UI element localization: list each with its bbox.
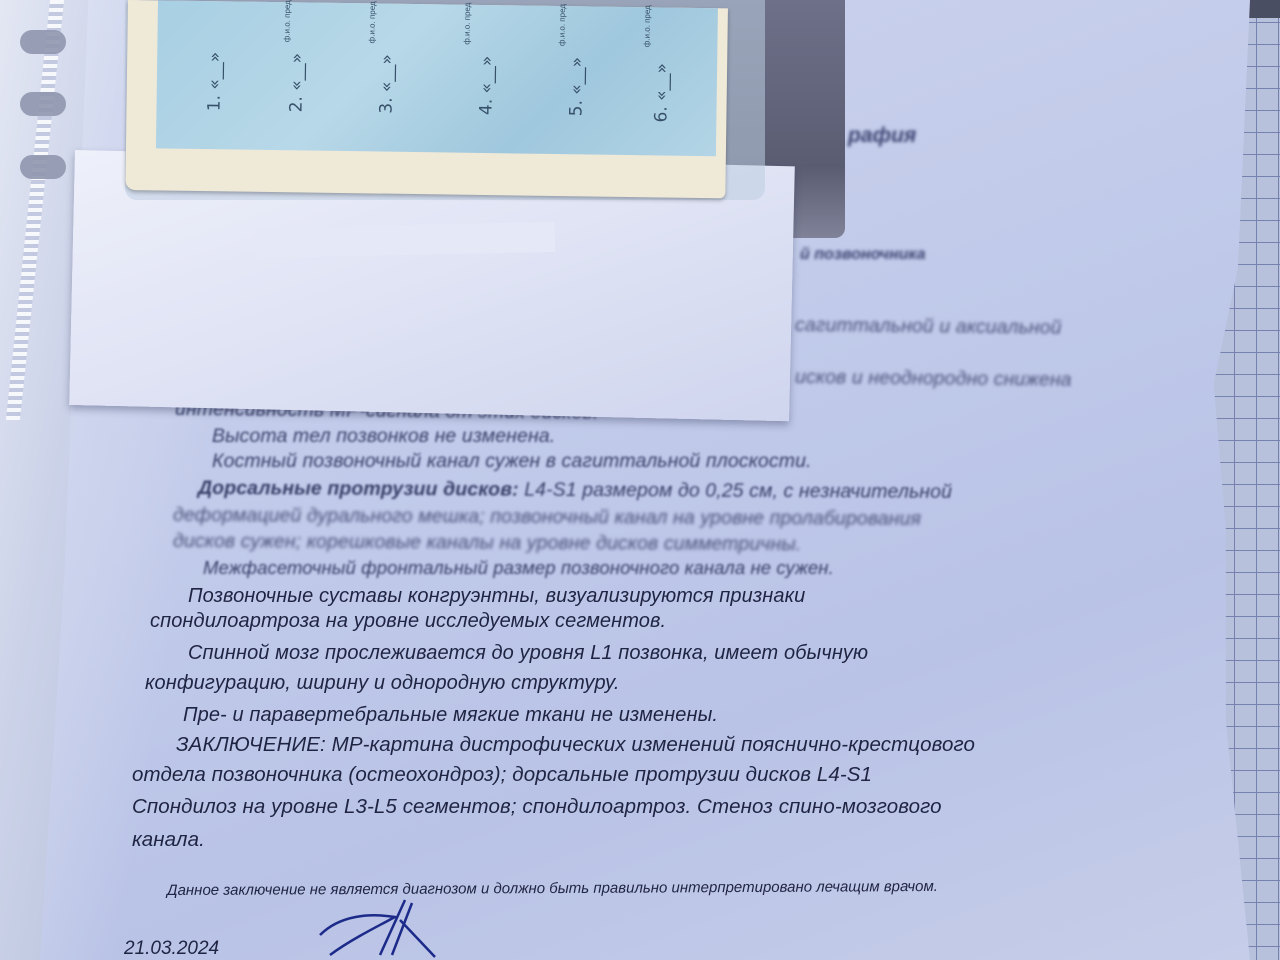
report-line: Костный позвоночный канал сужен в сагитт… [212, 450, 812, 473]
report-title-fragment: рафия [848, 124, 916, 148]
report-line-protrusions: Дорсальные протрузии дисков: L4-S1 разме… [198, 477, 952, 504]
form-caption: ф.и.о. пред [367, 1, 377, 43]
protrusions-label: Дорсальные протрузии дисков: [198, 477, 519, 501]
booklet-page: 1. «__» 2. «__» 3. «__» 4. «__» 5. «__» … [156, 0, 718, 156]
report-subtitle-fragment: й позвоночника [800, 246, 926, 264]
signature-icon [310, 895, 440, 960]
form-entry: 2. «__» [286, 53, 307, 113]
report-line: спондилоартроза на уровне исследуемых се… [150, 610, 666, 633]
report-line: дисков сужен; корешковые каналы на уровн… [173, 530, 801, 556]
form-entry: 3. «__» [376, 54, 397, 114]
conclusion-line: ЗАКЛЮЧЕНИЕ: МР-картина дистрофических из… [176, 733, 975, 757]
form-caption: ф.и.о. пред [462, 3, 472, 45]
report-line: деформацией дурального мешка; позвоночны… [173, 504, 921, 531]
occluded-line: сагиттальной и аксиальной [795, 314, 1062, 340]
report-line: Спинной мозг прослеживается до уровня L1… [188, 642, 868, 665]
report-date: 21.03.2024 [124, 938, 219, 960]
occluded-line: исков и неоднородно снижена [795, 366, 1072, 392]
form-caption: ф.и.о. пред [557, 4, 567, 46]
report-line: Высота тел позвонков не изменена. [212, 425, 555, 448]
conclusion-line: Спондилоз на уровне L3-L5 сегментов; спо… [132, 795, 942, 819]
conclusion-line: отдела позвоночника (остеохондроз); дорс… [132, 763, 872, 787]
conclusion-line: канала. [132, 828, 205, 852]
form-entry: 4. «__» [476, 55, 497, 115]
report-line: Пре- и паравертебральные мягкие ткани не… [183, 704, 718, 727]
medical-booklet: 1. «__» 2. «__» 3. «__» 4. «__» 5. «__» … [125, 0, 728, 198]
report-line: Межфасеточный фронтальный размер позвоно… [203, 557, 834, 579]
form-caption: ф.и.о. пред [642, 5, 652, 47]
form-entry: 5. «__» [566, 57, 587, 117]
form-entry: 6. «__» [651, 63, 672, 123]
form-caption: ф.и.о. пред [282, 0, 292, 42]
report-line: Позвоночные суставы конгруэнтны, визуали… [188, 585, 805, 608]
report-line: конфигурацию, ширину и однородную структ… [145, 672, 620, 695]
disclaimer-note: Данное заключение не является диагнозом … [167, 878, 938, 899]
protrusions-text: L4-S1 размером до 0,25 см, с незначитель… [519, 479, 952, 503]
paper-strip [255, 222, 556, 258]
form-entry: 1. «__» [204, 52, 225, 112]
